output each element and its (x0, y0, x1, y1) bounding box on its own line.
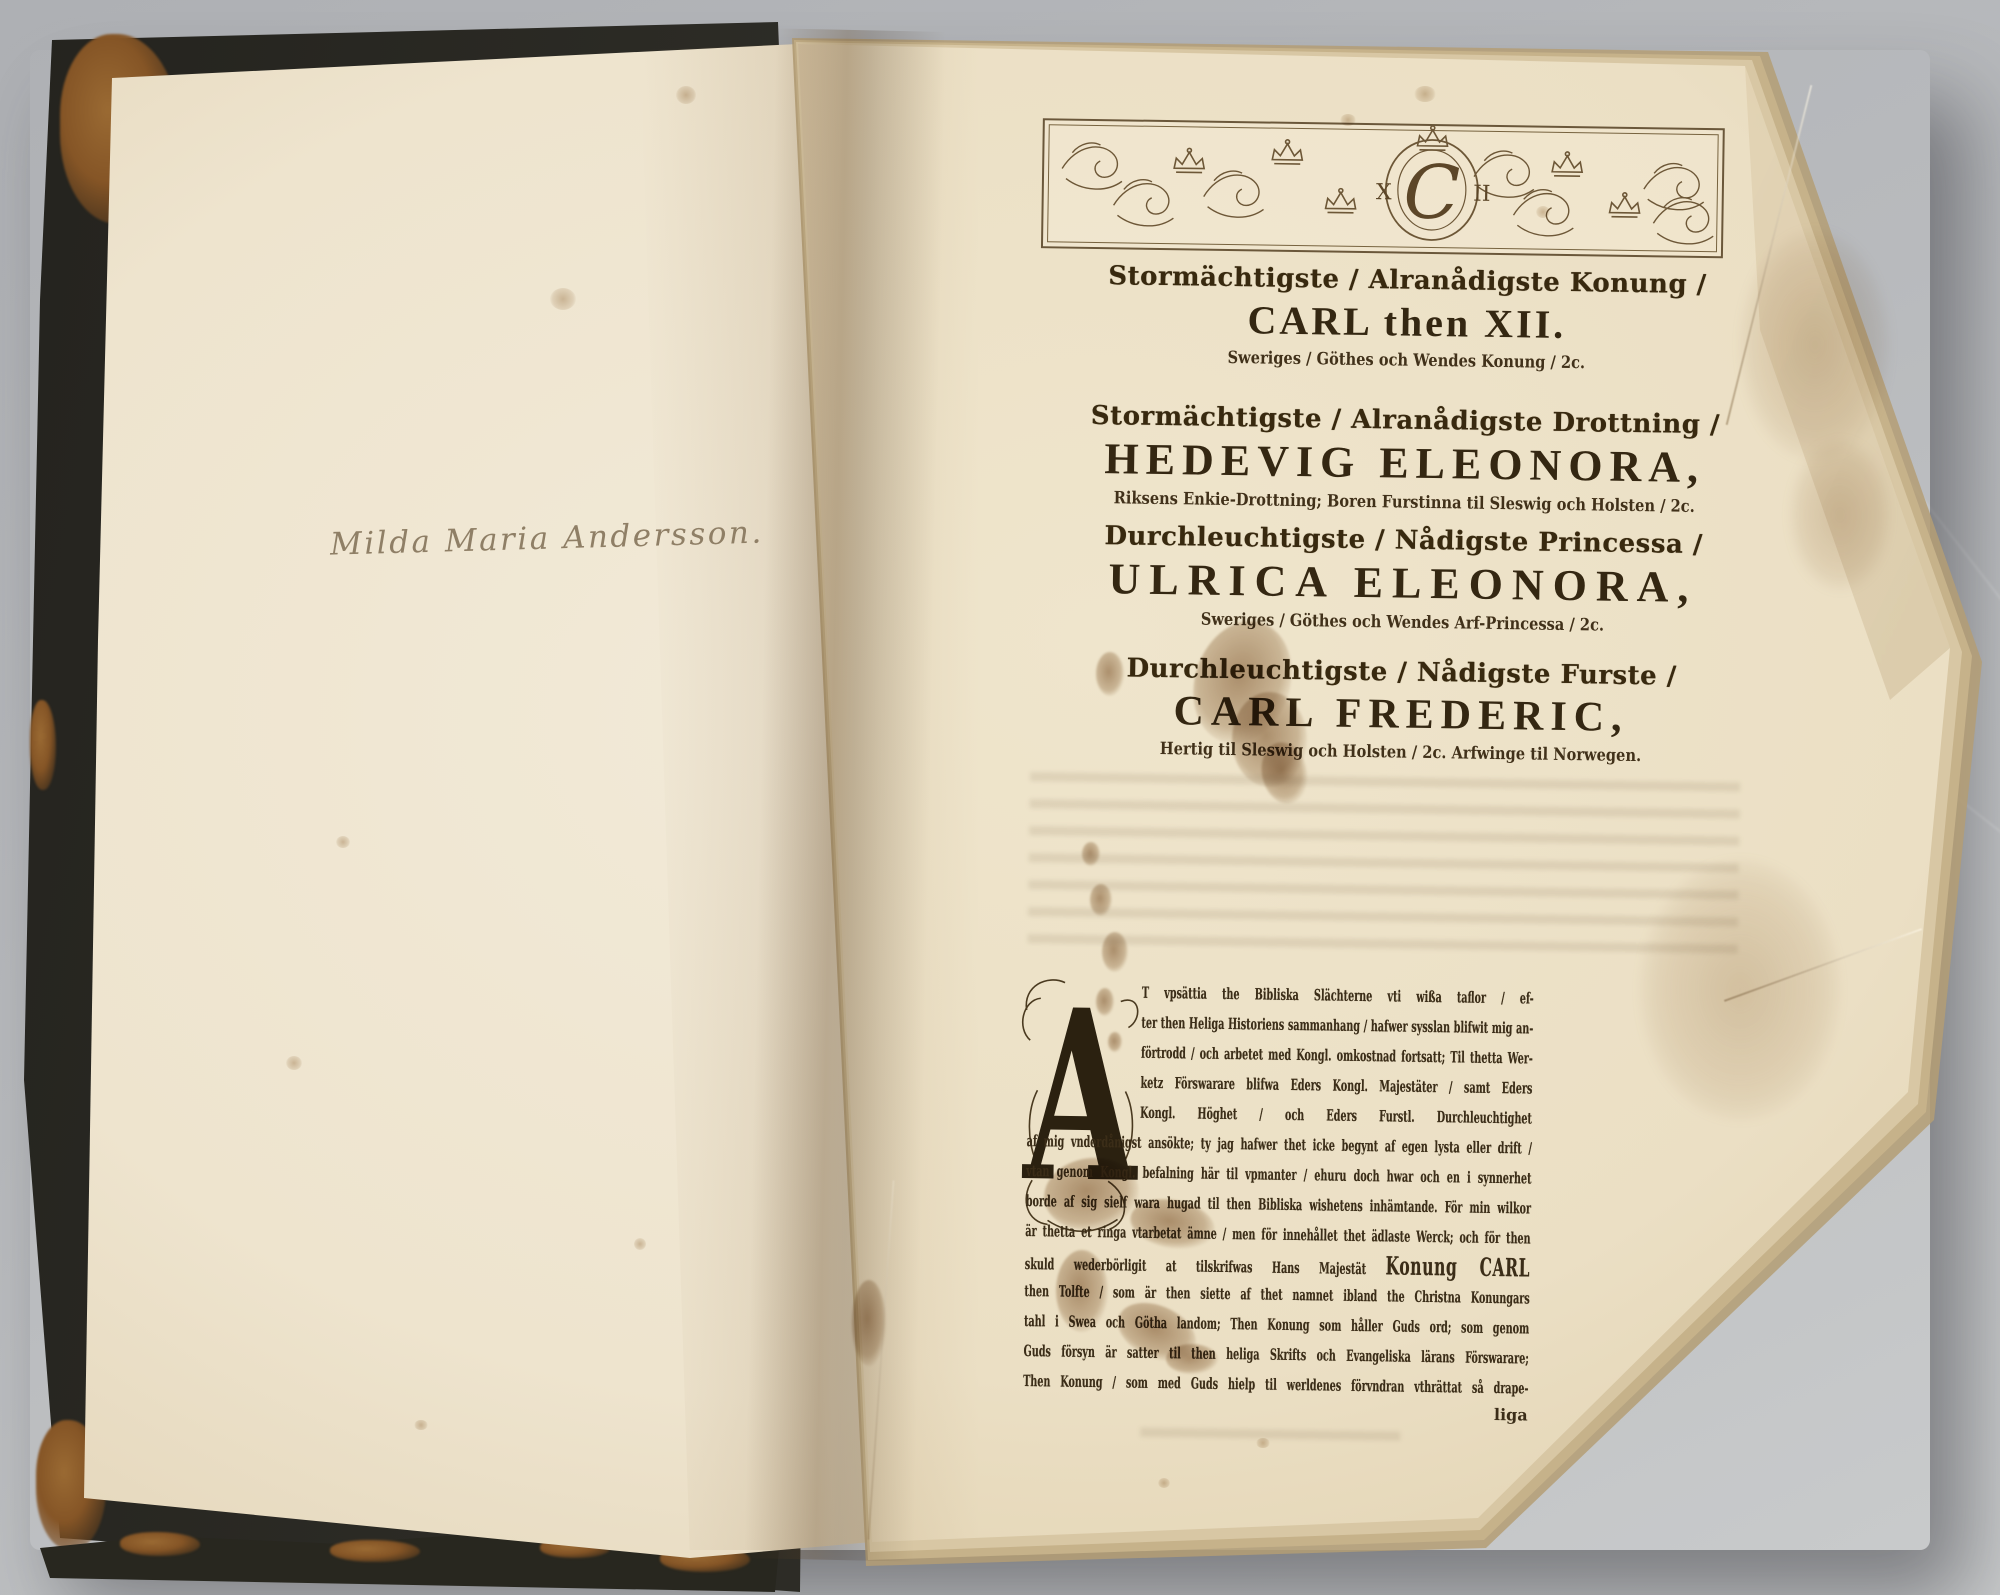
headpiece-monogram: C (1403, 150, 1461, 237)
show-through-text (1140, 1428, 1400, 1448)
foxing-spot (550, 288, 576, 310)
water-stain (1790, 440, 1890, 590)
book-gutter (744, 28, 946, 1561)
dedication-king: Stormächtigste / Alranådigste Konung / C… (1056, 258, 1758, 378)
foxing-spot (1536, 206, 1550, 218)
cover-edge-wear (30, 700, 56, 790)
foxing-spot (1340, 114, 1356, 126)
cover-bottom-wear (330, 1540, 420, 1562)
stain-drip (1096, 988, 1114, 1016)
stain-drip (1102, 932, 1128, 972)
headpiece-numeral-left: X (1376, 180, 1392, 205)
foxing-spot (634, 1238, 646, 1250)
dedication-queen: Stormächtigste / Alranådigste Drottning … (1054, 398, 1756, 520)
ink-stain (1166, 1344, 1218, 1374)
stain-drip (1082, 842, 1100, 866)
headpiece-engraving: C X II (1043, 120, 1723, 256)
foxing-spot (1414, 86, 1436, 102)
headpiece-numeral-right: II (1473, 182, 1491, 207)
ink-stain (1056, 1250, 1108, 1332)
water-stain (1640, 860, 1840, 1120)
foxing-spot (1256, 1438, 1270, 1448)
cover-bottom-wear (120, 1532, 200, 1556)
foxing-spot (414, 1420, 428, 1430)
foxing-spot (1158, 1478, 1170, 1488)
foxing-spot (336, 836, 350, 848)
water-stain (1740, 230, 1890, 460)
foxing-spot (676, 86, 696, 104)
gutter-stain (852, 1280, 886, 1366)
photograph-of-antique-book: { "palette": { "backdrop_gray": "#b5b7ba… (0, 0, 2000, 1595)
ink-stain (1096, 652, 1124, 696)
text-line: Then Konung / som med Guds hielp til wer… (1023, 1366, 1529, 1403)
royal-line-name: Konung CARL (1385, 1251, 1530, 1282)
ornamental-headpiece: C X II (1041, 118, 1725, 258)
foxing-spot (286, 1056, 302, 1070)
show-through-text (1027, 772, 1740, 971)
stain-drip (1108, 1032, 1122, 1052)
dedication-duke: Durchleuchtigste / Nådigste Furste / CAR… (1050, 650, 1752, 770)
dedication-princess: Durchleuchtigste / Nådigste Princessa / … (1052, 518, 1754, 640)
stain-drip (1090, 884, 1112, 916)
